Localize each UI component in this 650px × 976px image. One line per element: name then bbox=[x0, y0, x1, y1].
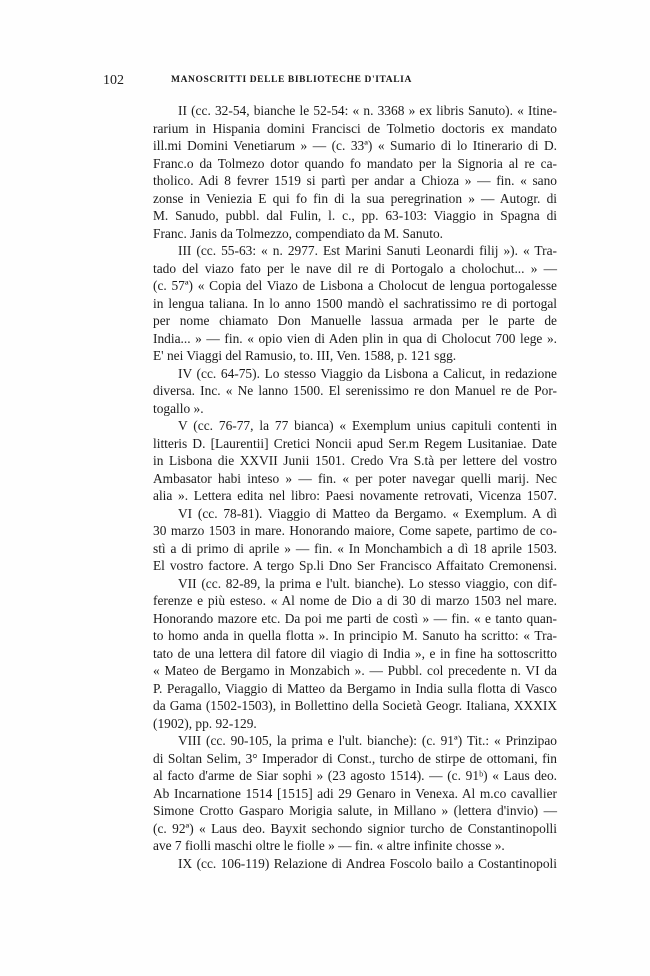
text-line: India... » — fin. « opio vien di Aden pl… bbox=[153, 330, 557, 348]
text-line: ferenze e più esteso. « Al nome de Dio a… bbox=[153, 592, 557, 610]
text-line: VI (cc. 78-81). Viaggio di Matteo da Ber… bbox=[153, 505, 557, 523]
text-line: IX (cc. 106-119) Relazione di Andrea Fos… bbox=[153, 855, 557, 873]
text-line: (1902), pp. 92-129. bbox=[153, 715, 557, 733]
text-line: (c. 92ª) « Laus deo. Bayxit sechondo sig… bbox=[153, 820, 557, 838]
text-line: stì a di primo di aprile » — fin. « In M… bbox=[153, 540, 557, 558]
text-line: II (cc. 32-54, bianche le 52-54: « n. 33… bbox=[153, 102, 557, 120]
text-line: El vostro factore. A tergo Sp.li Dno Ser… bbox=[153, 557, 557, 575]
text-line: (c. 57ª) « Copia del Viazo de Lisbona a … bbox=[153, 277, 557, 295]
text-line: « Mateo de Bergamo in Monzabich ». — Pub… bbox=[153, 662, 557, 680]
text-line: V (cc. 76-77, la 77 bianca) « Exemplum u… bbox=[153, 417, 557, 435]
text-line: tholico. Adi 8 fevrer 1519 si partì per … bbox=[153, 172, 557, 190]
text-line: da Gama (1502-1503), in Bollettino della… bbox=[153, 697, 557, 715]
text-line: ill.mi Domini Venetiarum » — (c. 33ª) « … bbox=[153, 137, 557, 155]
text-line: rarium in Hispania domini Francisci de T… bbox=[153, 120, 557, 138]
text-line: VIII (cc. 90-105, la prima e l'ult. bian… bbox=[153, 732, 557, 750]
text-line: litteris D. [Laurentii] Cretici Noncii a… bbox=[153, 435, 557, 453]
text-line: in lengua taliana. In lo anno 1500 mandò… bbox=[153, 295, 557, 313]
text-line: in Lisbona die XXVII Junii 1501. Credo V… bbox=[153, 452, 557, 470]
text-line: Ab Incarnatione 1514 [1515] adi 29 Genar… bbox=[153, 785, 557, 803]
body-text: II (cc. 32-54, bianche le 52-54: « n. 33… bbox=[153, 102, 557, 872]
text-line: VII (cc. 82-89, la prima e l'ult. bianch… bbox=[153, 575, 557, 593]
text-line: tato de una lettera dil fatore dil viagi… bbox=[153, 645, 557, 663]
running-title: MANOSCRITTI DELLE BIBLIOTECHE D'ITALIA bbox=[171, 75, 412, 85]
document-page: 102 MANOSCRITTI DELLE BIBLIOTECHE D'ITAL… bbox=[0, 0, 650, 976]
text-line: Simone Crotto Gasparo Morigia salute, in… bbox=[153, 802, 557, 820]
text-line: Franc. Janis da Tolmezzo, compendiato da… bbox=[153, 225, 557, 243]
text-line: III (cc. 55-63: « n. 2977. Est Marini Sa… bbox=[153, 242, 557, 260]
text-line: E' nei Viaggi del Ramusio, to. III, Ven.… bbox=[153, 347, 557, 365]
text-line: zonse in Veniezia E qui fo fin di la sua… bbox=[153, 190, 557, 208]
text-line: Honorando mazore etc. Da poi me parti de… bbox=[153, 610, 557, 628]
text-line: to homo anda in quella flotta ». In prin… bbox=[153, 627, 557, 645]
page-number: 102 bbox=[103, 73, 124, 89]
text-line: ave 7 fiolli maschi oltre le fiolle » — … bbox=[153, 837, 557, 855]
text-line: alia ». Lettera edita nel libro: Paesi n… bbox=[153, 487, 557, 505]
text-line: IV (cc. 64-75). Lo stesso Viaggio da Lis… bbox=[153, 365, 557, 383]
text-line: P. Peragallo, Viaggio di Matteo da Berga… bbox=[153, 680, 557, 698]
text-line: diversa. Inc. « Ne lanno 1500. El sereni… bbox=[153, 382, 557, 400]
text-line: per nome chiamato Don Manuelle lassua ar… bbox=[153, 312, 557, 330]
text-line: di Soltan Selim, 3° Imperador di Const.,… bbox=[153, 750, 557, 768]
text-line: al facto d'arme de Siar sophi » (23 agos… bbox=[153, 767, 557, 785]
text-line: togallo ». bbox=[153, 400, 557, 418]
text-line: tado del viazo fato per le nave dil re d… bbox=[153, 260, 557, 278]
text-line: M. Sanudo, pubbl. dal Fulin, l. c., pp. … bbox=[153, 207, 557, 225]
page-header: 102 MANOSCRITTI DELLE BIBLIOTECHE D'ITAL… bbox=[103, 73, 503, 89]
text-line: 30 marzo 1503 in mare. Honorando maiore,… bbox=[153, 522, 557, 540]
text-line: Franc.o da Tolmezo dotor quando fo manda… bbox=[153, 155, 557, 173]
text-line: Ambasator habi inteso » — fin. « per pot… bbox=[153, 470, 557, 488]
